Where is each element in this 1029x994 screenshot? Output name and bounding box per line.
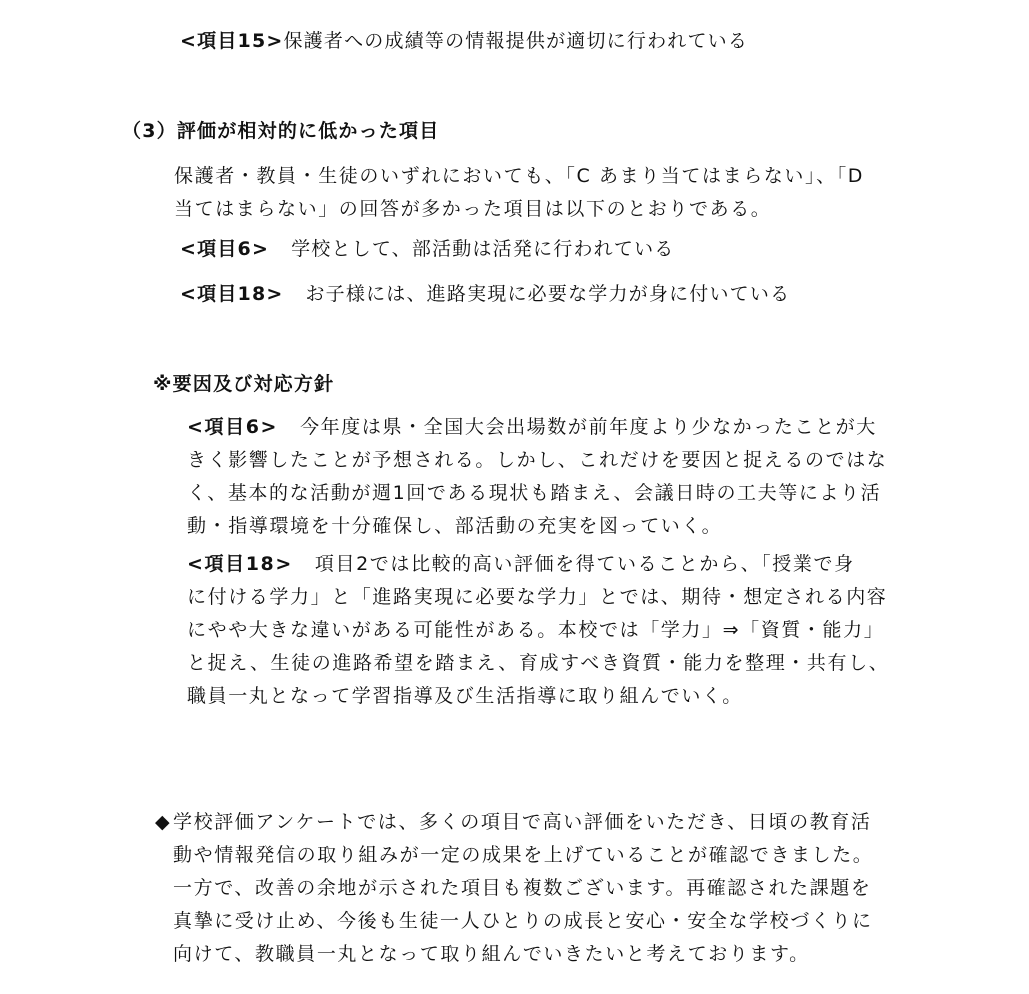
intro-line-2: 当てはまらない」の回答が多かった項目は以下のとおりである。	[174, 193, 864, 226]
section-3-intro: 保護者・教員・生徒のいずれにおいても、「C あまり当てはまらない」、「D 当ては…	[174, 160, 864, 226]
conclusion-line-1: ◆学校評価アンケートでは、多くの項目で高い評価をいただき、日頃の教育活	[155, 806, 873, 839]
conclusion-text-1: 学校評価アンケートでは、多くの項目で高い評価をいただき、日頃の教育活	[173, 811, 872, 833]
low-item-18: <項目18>お子様には、進路実現に必要な学力が身に付いている	[180, 281, 790, 307]
factors-item-18-line-2: に付ける学力」と「進路実現に必要な学力」とでは、期待・想定される内容	[187, 581, 889, 614]
conclusion: ◆学校評価アンケートでは、多くの項目で高い評価をいただき、日頃の教育活 動や情報…	[155, 806, 873, 971]
factors-heading: ※要因及び対応方針	[153, 371, 334, 397]
low-item-18-text: お子様には、進路実現に必要な学力が身に付いている	[305, 283, 790, 305]
conclusion-line-2: 動や情報発信の取り組みが一定の成果を上げていることが確認できました。	[155, 839, 873, 872]
conclusion-line-4: 真摯に受け止め、今後も生徒一人ひとりの成長と安心・安全な学校づくりに	[155, 905, 873, 938]
intro-line-1: 保護者・教員・生徒のいずれにおいても、「C あまり当てはまらない」、「D	[174, 160, 864, 193]
factors-item-18-line-5: 職員一丸となって学習指導及び生活指導に取り組んでいく。	[187, 680, 889, 713]
factors-item-6-tag: <項目6>	[187, 416, 278, 438]
item-15-line: <項目15>保護者への成績等の情報提供が適切に行われている	[180, 28, 748, 54]
conclusion-line-3: 一方で、改善の余地が示された項目も複数ございます。再確認された課題を	[155, 872, 873, 905]
item-15-text: 保護者への成績等の情報提供が適切に行われている	[283, 30, 748, 52]
low-item-6-tag: <項目6>	[180, 238, 269, 260]
low-item-6-text: 学校として、部活動は活発に行われている	[291, 238, 674, 260]
section-3-heading: （3）評価が相対的に低かった項目	[122, 118, 439, 144]
factors-item-6-line-1: <項目6>今年度は県・全国大会出場数が前年度より少なかったことが大	[187, 411, 887, 444]
factors-item-6: <項目6>今年度は県・全国大会出場数が前年度より少なかったことが大 きく影響した…	[187, 411, 887, 543]
factors-item-18-line-3: にやや大きな違いがある可能性がある。本校では「学力」⇒「資質・能力」	[187, 614, 889, 647]
factors-item-6-line-2: きく影響したことが予想される。しかし、これだけを要因と捉えるのではな	[187, 444, 887, 477]
factors-item-18-line-4: と捉え、生徒の進路希望を踏まえ、育成すべき資質・能力を整理・共有し、	[187, 647, 889, 680]
factors-item-6-line-3: く、基本的な活動が週1回である現状も踏まえ、会議日時の工夫等により活	[187, 477, 887, 510]
diamond-bullet-icon: ◆	[155, 806, 173, 839]
factors-item-6-line-4: 動・指導環境を十分確保し、部活動の充実を図っていく。	[187, 510, 887, 543]
low-item-6: <項目6>学校として、部活動は活発に行われている	[180, 236, 674, 262]
factors-item-18-text-1: 項目2では比較的高い評価を得ていることから、「授業で身	[315, 553, 855, 575]
item-15-tag: <項目15>	[180, 30, 283, 52]
factors-item-6-text-1: 今年度は県・全国大会出場数が前年度より少なかったことが大	[300, 416, 877, 438]
factors-item-18-tag: <項目18>	[187, 553, 293, 575]
factors-item-18: <項目18>項目2では比較的高い評価を得ていることから、「授業で身 に付ける学力…	[187, 548, 889, 713]
low-item-18-tag: <項目18>	[180, 283, 283, 305]
conclusion-line-5: 向けて、教職員一丸となって取り組んでいきたいと考えております。	[155, 938, 873, 971]
factors-item-18-line-1: <項目18>項目2では比較的高い評価を得ていることから、「授業で身	[187, 548, 889, 581]
